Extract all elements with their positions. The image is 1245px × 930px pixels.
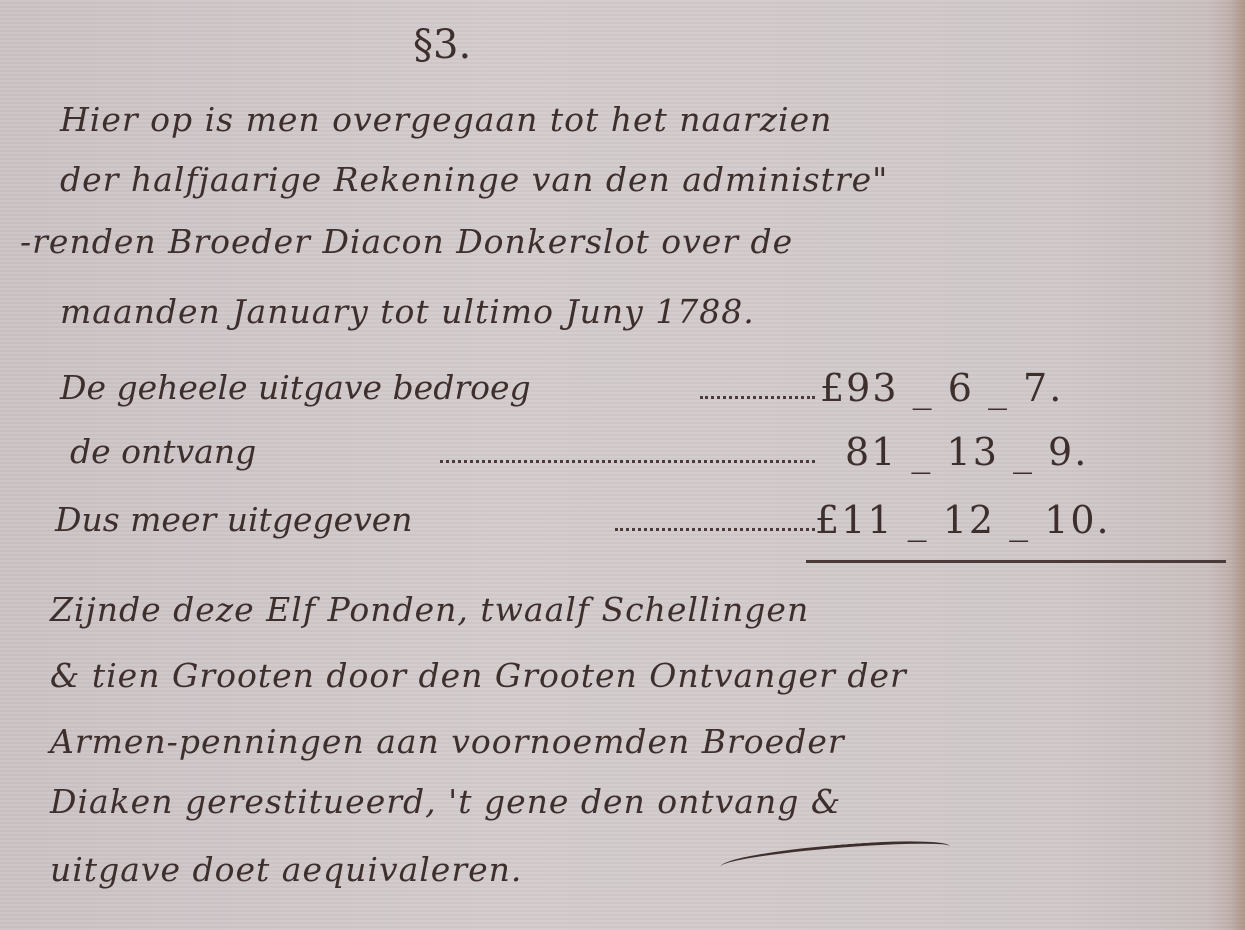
- intro-line-3: -renden Broeder Diacon Donkerslot over d…: [20, 222, 793, 261]
- closing-line-3: Armen-penningen aan voornoemden Broeder: [50, 722, 845, 761]
- closing-line-5: uitgave doet aequivaleren.: [50, 850, 522, 889]
- ledger-row-total-expenditure: De geheele uitgave bedroeg £93 _ 6 _ 7.: [60, 368, 1190, 418]
- ledger-amount: £11 _ 12 _ 10.: [815, 498, 1111, 542]
- sum-underline: [806, 560, 1226, 563]
- intro-line-1: Hier op is men overgegaan tot het naarzi…: [60, 100, 832, 139]
- page-edge: [1231, 0, 1245, 930]
- ledger-amount: 81 _ 13 _ 9.: [845, 430, 1088, 474]
- leader-dots: [440, 460, 815, 463]
- ledger-label: de ontvang: [70, 432, 256, 471]
- manuscript-page: §3. Hier op is men overgegaan tot het na…: [0, 0, 1245, 930]
- ledger-row-receipts: de ontvang 81 _ 13 _ 9.: [70, 432, 1200, 482]
- closing-line-4: Diaken gerestitueerd, 't gene den ontvan…: [50, 782, 841, 821]
- intro-line-2: der halfjaarige Rekeninge van den admini…: [60, 160, 888, 199]
- closing-line-1: Zijnde deze Elf Ponden, twaalf Schelling…: [50, 590, 809, 629]
- leader-dots: [615, 528, 815, 531]
- ledger-label: De geheele uitgave bedroeg: [60, 368, 531, 407]
- ledger-label: Dus meer uitgegeven: [55, 500, 413, 539]
- intro-line-4: maanden January tot ultimo Juny 1788.: [60, 292, 755, 331]
- ledger-amount: £93 _ 6 _ 7.: [820, 366, 1063, 410]
- section-heading: §3.: [413, 22, 471, 68]
- ledger-row-deficit: Dus meer uitgegeven £11 _ 12 _ 10.: [55, 500, 1185, 550]
- end-flourish: [719, 837, 950, 876]
- leader-dots: [700, 396, 815, 399]
- closing-line-2: & tien Grooten door den Grooten Ontvange…: [50, 656, 907, 695]
